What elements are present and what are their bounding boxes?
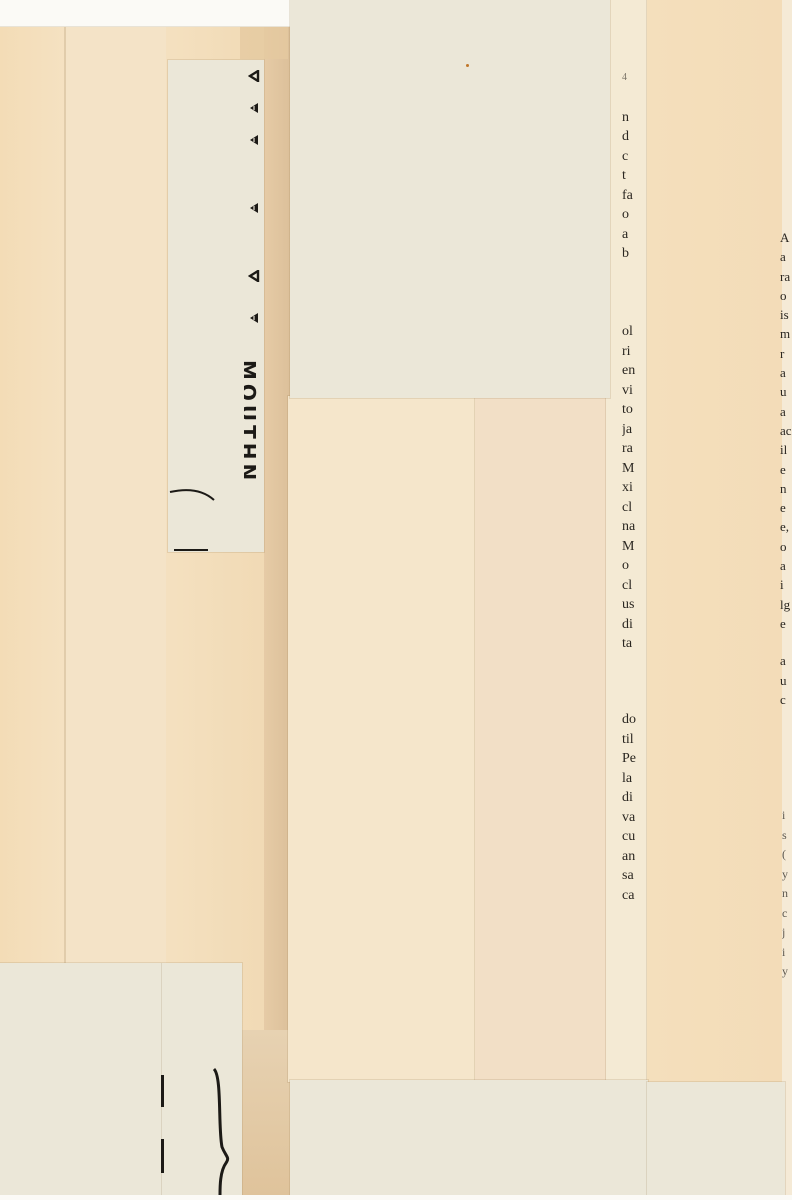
text-column-lower: do til Pe la di va cu an sa ca: [622, 710, 648, 905]
top-grey-card: [290, 0, 610, 398]
glyph-card: MOUTHN: [168, 60, 264, 552]
tan-vertical-strip: [264, 27, 290, 1195]
center-lower-cream-panel: [288, 396, 476, 1082]
triangle-glyph-icon: [248, 270, 260, 282]
text-column-right-edge: A a ra o is m r a u a ac il e n e e, o a…: [780, 228, 792, 709]
bottom-left-grey-card: [0, 963, 242, 1195]
stepped-triangle-glyph-icon: [248, 202, 260, 214]
underline-mark: [174, 549, 208, 551]
glyph-column: [248, 70, 260, 352]
text-column-middle: ol ri en vi to ja ra M xi cl na M o cl u…: [622, 322, 648, 654]
stepped-triangle-glyph-icon: [248, 134, 260, 146]
vertical-dash-mark: [161, 1075, 164, 1107]
rotated-heading-fragment: MOUTHN: [236, 360, 260, 484]
stepped-triangle-glyph-icon: [248, 102, 260, 114]
stepped-triangle-glyph-icon: [248, 312, 260, 324]
tan-stain-top: [240, 27, 288, 59]
curly-brace-mark: [206, 1067, 236, 1197]
tan-stain-bottom: [240, 1030, 290, 1195]
curved-stroke-mark: [168, 480, 218, 510]
left-inner-panel: [66, 27, 166, 967]
text-column-upper: 4 n d c t fa o a b: [622, 68, 646, 264]
bottom-white-margin: [0, 1195, 792, 1200]
right-aged-strip: [647, 0, 783, 1082]
bottom-grey-band-right: [647, 1082, 785, 1195]
bottom-grey-band: [290, 1080, 648, 1195]
triangle-glyph-icon: [248, 70, 260, 82]
text-column-right-edge-lower: i s ( y n c j i y: [782, 806, 792, 982]
vertical-dash-mark: [161, 1139, 164, 1173]
ink-speck: [466, 64, 469, 67]
